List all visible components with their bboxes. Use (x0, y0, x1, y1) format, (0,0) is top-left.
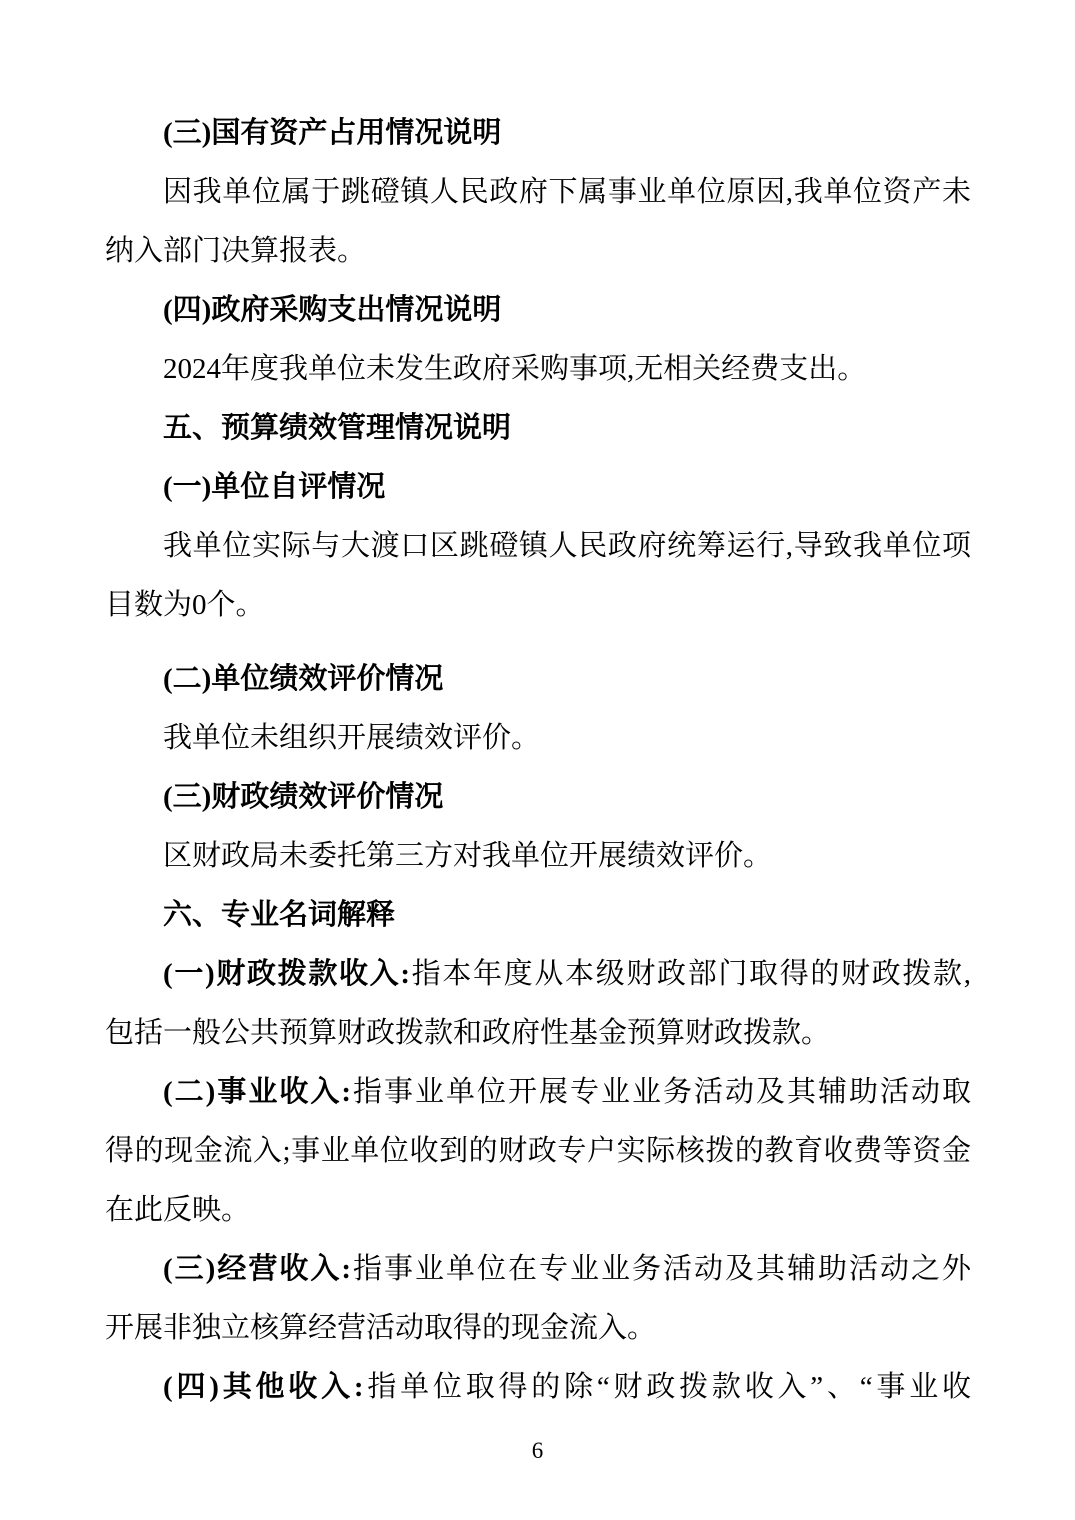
term-business-income-line-2: 得的现金流入;事业单位收到的财政专户实际核拨的教育收费等资金 (105, 1122, 971, 1181)
term-operating-income-line-1: (三)经营收入:指事业单位在专业业务活动及其辅助活动之外 (105, 1240, 971, 1299)
term-business-income-line-3: 在此反映。 (105, 1181, 971, 1240)
term-text-other-income: 指单位取得的除“财政拨款收入”、“事业收 (364, 1371, 971, 1403)
heading-gov-procurement: (四)政府采购支出情况说明 (105, 281, 971, 340)
heading-fiscal-performance-evaluation: (三)财政绩效评价情况 (105, 768, 971, 827)
term-lead-other-income: (四)其他收入: (163, 1371, 364, 1403)
para-state-assets-line-2: 纳入部门决算报表。 (105, 222, 971, 281)
section-heading-budget-performance: 五、预算绩效管理情况说明 (105, 399, 971, 458)
para-self-evaluation-line-2: 目数为0个。 (105, 576, 971, 635)
heading-state-assets-occupancy: (三)国有资产占用情况说明 (105, 104, 971, 163)
para-gov-procurement: 2024年度我单位未发生政府采购事项,无相关经费支出。 (105, 340, 971, 399)
heading-unit-performance-evaluation: (二)单位绩效评价情况 (105, 650, 971, 709)
para-state-assets-line-1: 因我单位属于跳磴镇人民政府下属事业单位原因,我单位资产未 (105, 163, 971, 222)
document-body: (三)国有资产占用情况说明 因我单位属于跳磴镇人民政府下属事业单位原因,我单位资… (105, 104, 971, 1417)
term-lead-fiscal-appropriation: (一)财政拨款收入: (163, 958, 410, 990)
term-text-business-income: 指事业单位开展专业业务活动及其辅助活动取 (351, 1076, 971, 1108)
heading-unit-self-evaluation: (一)单位自评情况 (105, 458, 971, 517)
para-fiscal-performance-evaluation: 区财政局未委托第三方对我单位开展绩效评价。 (105, 827, 971, 886)
para-self-evaluation-line-1: 我单位实际与大渡口区跳磴镇人民政府统筹运行,导致我单位项 (105, 517, 971, 576)
term-lead-business-income: (二)事业收入: (163, 1076, 351, 1108)
term-operating-income-line-2: 开展非独立核算经营活动取得的现金流入。 (105, 1299, 971, 1358)
term-text-fiscal-appropriation: 指本年度从本级财政部门取得的财政拨款, (410, 958, 971, 990)
page-number: 6 (0, 1436, 1075, 1466)
term-fiscal-appropriation-line-1: (一)财政拨款收入:指本年度从本级财政部门取得的财政拨款, (105, 945, 971, 1004)
term-text-operating-income: 指事业单位在专业业务活动及其辅助活动之外 (351, 1253, 971, 1285)
term-other-income-line-1: (四)其他收入:指单位取得的除“财政拨款收入”、“事业收 (105, 1358, 971, 1417)
term-business-income-line-1: (二)事业收入:指事业单位开展专业业务活动及其辅助活动取 (105, 1063, 971, 1122)
document-page: (三)国有资产占用情况说明 因我单位属于跳磴镇人民政府下属事业单位原因,我单位资… (0, 0, 1075, 1520)
section-heading-terminology: 六、专业名词解释 (105, 886, 971, 945)
term-fiscal-appropriation-line-2: 包括一般公共预算财政拨款和政府性基金预算财政拨款。 (105, 1004, 971, 1063)
term-lead-operating-income: (三)经营收入: (163, 1253, 351, 1285)
para-unit-performance-evaluation: 我单位未组织开展绩效评价。 (105, 709, 971, 768)
